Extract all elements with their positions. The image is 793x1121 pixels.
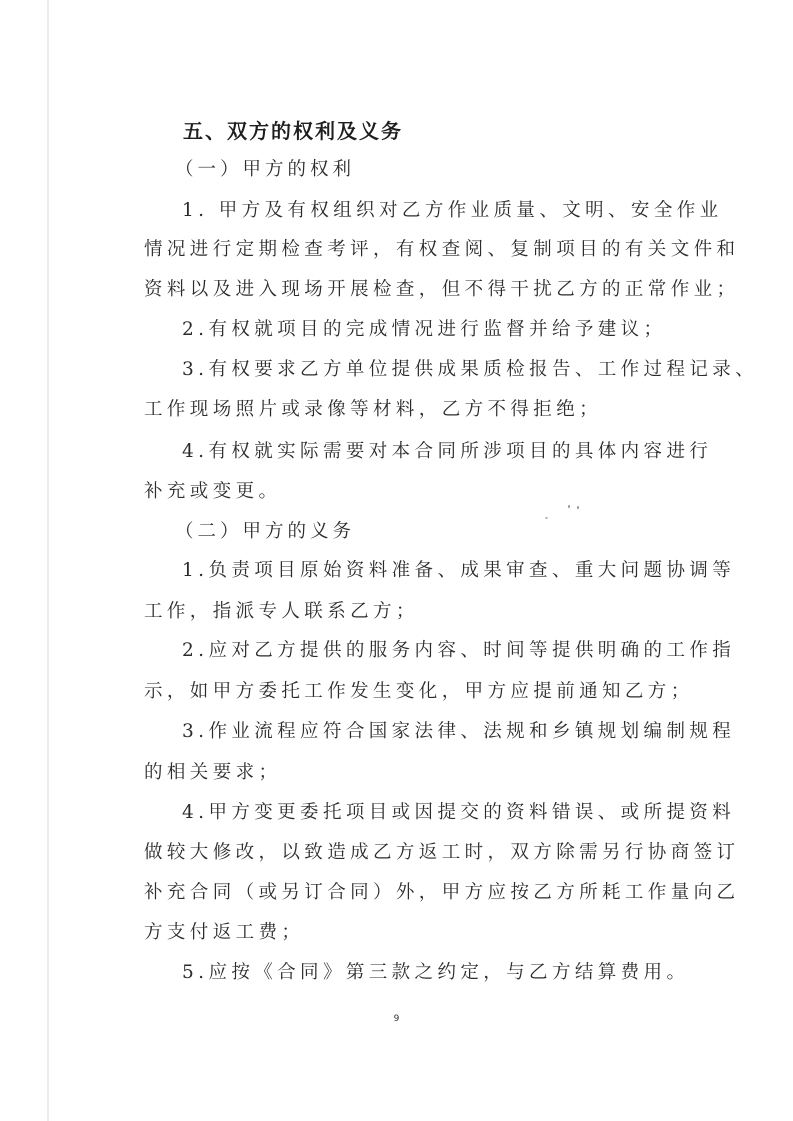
scan-speck [577, 506, 579, 509]
paragraph-line: 5.应按《合同》第三款之约定，与乙方结算费用。 [182, 961, 722, 985]
paragraph-line: 2.有权就项目的完成情况进行监督并给予建议； [182, 318, 722, 342]
paragraph-line: 方支付返工费； [144, 921, 684, 945]
paragraph-line: 工作现场照片或录像等材料，乙方不得拒绝； [144, 398, 684, 422]
document-page: 五、双方的权利及义务 （一）甲方的权利 1. 甲方及有权组织对乙方作业质量、文明… [0, 0, 793, 1121]
paragraph-line: 补充或变更。 [144, 480, 684, 504]
paragraph-line: 1. 甲方及有权组织对乙方作业质量、文明、安全作业 [182, 199, 722, 223]
paragraph-line: 做较大修改，以致造成乙方返工时，双方除需另行协商签订 [144, 841, 684, 865]
paragraph-line: 1.负责项目原始资料准备、成果审查、重大问题协调等 [182, 559, 722, 583]
section-heading: 五、双方的权利及义务 [183, 115, 403, 144]
subsection-title-party-a-rights: （一）甲方的权利 [175, 158, 715, 182]
paragraph-line: 情况进行定期检查考评，有权查阅、复制项目的有关文件和 [144, 238, 684, 262]
paragraph-line: 工作，指派专人联系乙方； [144, 600, 684, 624]
paragraph-line: 3.有权要求乙方单位提供成果质检报告、工作过程记录、 [182, 358, 722, 382]
paragraph-line: 的相关要求； [144, 761, 684, 785]
paragraph-line: 3.作业流程应符合国家法律、法规和乡镇规划编制规程 [182, 720, 722, 744]
scan-speck [545, 517, 548, 519]
subsection-title-party-a-obligations: （二）甲方的义务 [175, 520, 715, 544]
paragraph-line: 4.甲方变更委托项目或因提交的资料错误、或所提资料 [182, 801, 722, 825]
scan-speck [568, 505, 570, 508]
paragraph-line: 补充合同（或另订合同）外，甲方应按乙方所耗工作量向乙 [144, 881, 684, 905]
page-number: 9 [0, 1014, 793, 1024]
paragraph-line: 示，如甲方委托工作发生变化，甲方应提前通知乙方； [144, 680, 684, 704]
paragraph-line: 4.有权就实际需要对本合同所涉项目的具体内容进行 [182, 440, 722, 464]
paragraph-line: 2.应对乙方提供的服务内容、时间等提供明确的工作指 [182, 639, 722, 663]
paragraph-line: 资料以及进入现场开展检查，但不得干扰乙方的正常作业； [144, 278, 684, 302]
